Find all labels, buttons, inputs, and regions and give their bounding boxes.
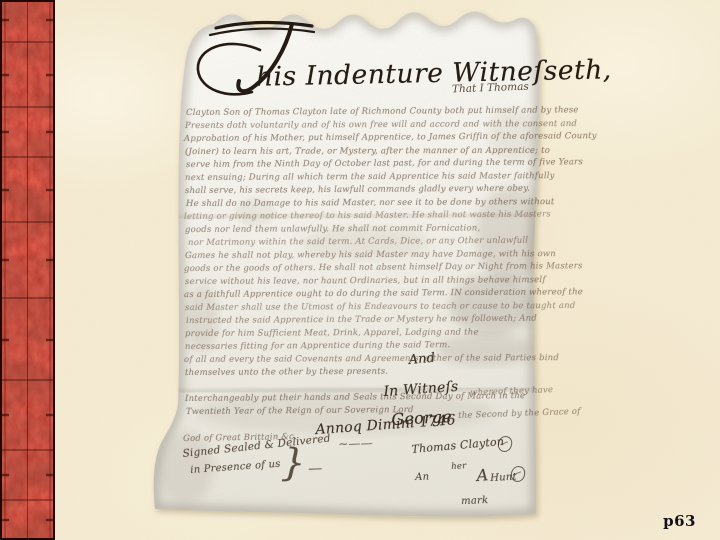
handwriting-line: necessaries fitting for an Apprentice du… [185,340,450,352]
emphasized-word: And [408,351,436,368]
indenture-document: T his Indenture Witneſseth, That I Thoma… [140,0,552,540]
handwriting-line: (Joiner) to learn his art, Trade, or Mys… [185,146,550,157]
handwriting-line: letting or giving notice thereof to his … [184,209,551,222]
handwriting-line: provide for him Sufficient Meat, Drink, … [185,327,479,339]
handwriting-line: Games he shall not play, whereby his sai… [185,249,556,261]
handwriting-line: the Second by the Grace of [458,407,581,421]
handwriting-line: of all and every the said Covenants and … [184,353,559,365]
signature-text: her [451,461,467,472]
handwriting-line: instructed the said Apprentice in the Tr… [186,314,537,326]
signature-text: An [415,472,429,483]
emphasized-word: Annoq Dimini 1746 [315,412,456,438]
handwriting-line: service without his leave, nor haunt Ord… [185,275,546,287]
red-marble-border [0,0,55,540]
handwriting-line: Approbation of his Mother, put himself A… [184,131,597,144]
handwriting-line: goods nor lend them unlawfully. He shall… [185,223,480,235]
handwriting-line: serve him from the Ninth Day of October … [186,157,583,170]
document-text-layer: T his Indenture Witneſseth, That I Thoma… [140,0,552,540]
document-heading: his Indenture Witneſseth, [256,54,612,92]
signature-text: mark [461,495,488,507]
handwriting-line: Presents doth voluntarily and of his own… [185,119,577,131]
closing-text: } [280,440,306,485]
handwriting-line: themselves unto the other by these prese… [185,367,388,378]
emphasized-word: ~—— [338,436,373,451]
handwriting-line: goods or the goods of others. He shall n… [184,261,583,274]
slide-page: T his Indenture Witneſseth, That I Thoma… [0,0,720,540]
handwriting-line: Twentieth Year of the Reign of our Sover… [186,405,414,417]
page-number-label: p63 [663,512,696,530]
closing-text: in Presence of us [190,459,281,476]
heading-suffix: That I Thomas [452,81,529,96]
handwriting-line: next ensuing; During all which term the … [185,171,555,183]
handwriting-line: Clayton Son of Thomas Clayton late of Ri… [186,105,579,118]
closing-text: — [308,461,323,477]
handwriting-line: said Master shall use the Utmost of his … [185,301,575,313]
signature-text: Thomas Clayton [411,435,505,456]
handwriting-line: shall serve, his secrets keep, his lawfu… [185,184,530,196]
handwriting-line: nor Matrimony within the said term. At C… [188,236,528,248]
signature-text: A [476,465,489,485]
handwriting-line: Interchangeably put their hands and Seal… [185,391,525,404]
handwriting-line: as a faithfull Apprentice ought to do du… [184,287,583,300]
handwriting-line: He shall do no Damage to his said Master… [186,197,555,209]
